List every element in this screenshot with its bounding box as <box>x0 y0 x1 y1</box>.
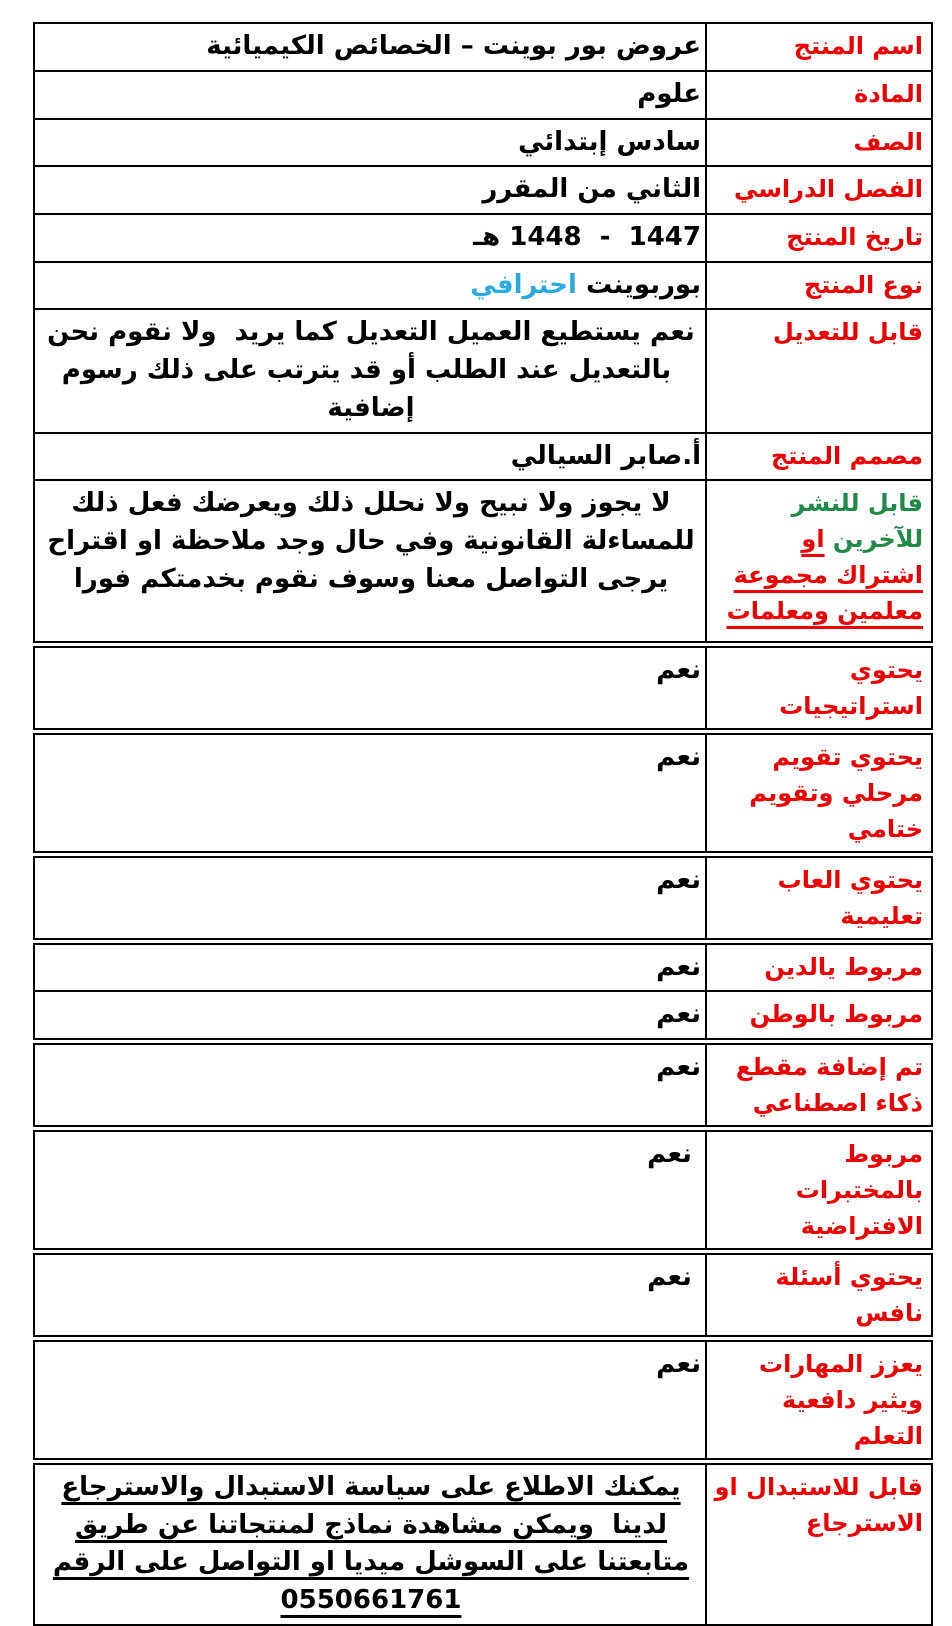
value-semester: الثاني من المقرر <box>34 166 706 214</box>
label-religion-link: مربوط يالدين <box>706 941 932 991</box>
label-semester: الفصل الدراسي <box>706 166 932 214</box>
table-row-semester: الفصل الدراسي الثاني من المقرر <box>34 166 932 214</box>
table-row-educational-games: يحتوي العاب تعليمية نعم <box>34 854 932 941</box>
table-row-religion-link: مربوط يالدين نعم <box>34 941 932 991</box>
value-nafis-questions: نعم <box>34 1252 706 1339</box>
value-skills-motivation: نعم <box>34 1339 706 1462</box>
label-nafis-questions: يحتوي أسئلة نافس <box>706 1252 932 1339</box>
product-type-main: بوربوينت <box>577 270 701 300</box>
label-designer: مصمم المنتج <box>706 433 932 481</box>
table-row-nafis-questions: يحتوي أسئلة نافس نعم <box>34 1252 932 1339</box>
value-designer: أ.صابر السيالي <box>34 433 706 481</box>
value-refund-policy: يمكنك الاطلاع على سياسة الاستبدال والاست… <box>34 1462 706 1625</box>
table-row-publish-rights: قابل للنشر للآخرين او اشتراك مجموعة معلم… <box>34 480 932 644</box>
page-sheet: اسم المنتج عروض بور بوينت – الخصائص الكي… <box>0 0 952 1626</box>
value-strategies: نعم <box>34 644 706 731</box>
table-row-subject: المادة علوم <box>34 71 932 119</box>
value-publish-rights: لا يجوز ولا نبيح ولا نحلل ذلك ويعرضك فعل… <box>34 480 706 644</box>
label-product-type: نوع المنتج <box>706 262 932 310</box>
label-editable: قابل للتعديل <box>706 309 932 432</box>
label-grade: الصف <box>706 119 932 167</box>
value-nation-link: نعم <box>34 991 706 1041</box>
value-ai-clip: نعم <box>34 1042 706 1129</box>
document-page: { "document": { "direction": "rtl", "col… <box>0 0 952 1457</box>
value-product-type: بوربوينت احترافي <box>34 262 706 310</box>
value-editable: نعم يستطيع العميل التعديل كما يريد ولا ن… <box>34 309 706 432</box>
label-nation-link: مربوط بالوطن <box>706 991 932 1041</box>
label-strategies: يحتوي استراتيجيات <box>706 644 932 731</box>
table-row-designer: مصمم المنتج أ.صابر السيالي <box>34 433 932 481</box>
product-details-table: اسم المنتج عروض بور بوينت – الخصائص الكي… <box>33 22 933 1626</box>
label-product-date: تاريخ المنتج <box>706 214 932 262</box>
value-assessments: نعم <box>34 731 706 854</box>
table-row-strategies: يحتوي استراتيجيات نعم <box>34 644 932 731</box>
value-grade: سادس إبتدائي <box>34 119 706 167</box>
value-educational-games: نعم <box>34 854 706 941</box>
label-publish-rights: قابل للنشر للآخرين او اشتراك مجموعة معلم… <box>706 480 932 644</box>
table-row-product-name: اسم المنتج عروض بور بوينت – الخصائص الكي… <box>34 23 932 71</box>
table-row-virtual-labs: مربوط بالمختبرات الافتراضية نعم <box>34 1129 932 1252</box>
value-product-name: عروض بور بوينت – الخصائص الكيميائية <box>34 23 706 71</box>
table-row-ai-clip: تم إضافة مقطع ذكاء اصطناعي نعم <box>34 1042 932 1129</box>
value-religion-link: نعم <box>34 941 706 991</box>
label-ai-clip: تم إضافة مقطع ذكاء اصطناعي <box>706 1042 932 1129</box>
table-row-editable: قابل للتعديل نعم يستطيع العميل التعديل ك… <box>34 309 932 432</box>
label-product-name: اسم المنتج <box>706 23 932 71</box>
label-virtual-labs: مربوط بالمختبرات الافتراضية <box>706 1129 932 1252</box>
label-skills-motivation: يعزز المهارات ويثير دافعية التعلم <box>706 1339 932 1462</box>
label-educational-games: يحتوي العاب تعليمية <box>706 854 932 941</box>
value-product-date: 1447 - 1448 هـ <box>34 214 706 262</box>
table-row-skills-motivation: يعزز المهارات ويثير دافعية التعلم نعم <box>34 1339 932 1462</box>
value-virtual-labs: نعم <box>34 1129 706 1252</box>
label-subject: المادة <box>706 71 932 119</box>
table-row-assessments: يحتوي تقويم مرحلي وتقويم ختامي نعم <box>34 731 932 854</box>
product-type-accent: احترافي <box>470 270 577 300</box>
table-row-nation-link: مربوط بالوطن نعم <box>34 991 932 1041</box>
value-subject: علوم <box>34 71 706 119</box>
table-row-product-date: تاريخ المنتج 1447 - 1448 هـ <box>34 214 932 262</box>
table-row-grade: الصف سادس إبتدائي <box>34 119 932 167</box>
label-refund-policy: قابل للاستبدال او الاسترجاع <box>706 1462 932 1625</box>
table-row-product-type: نوع المنتج بوربوينت احترافي <box>34 262 932 310</box>
table-row-refund-policy: قابل للاستبدال او الاسترجاع يمكنك الاطلا… <box>34 1462 932 1625</box>
label-assessments: يحتوي تقويم مرحلي وتقويم ختامي <box>706 731 932 854</box>
